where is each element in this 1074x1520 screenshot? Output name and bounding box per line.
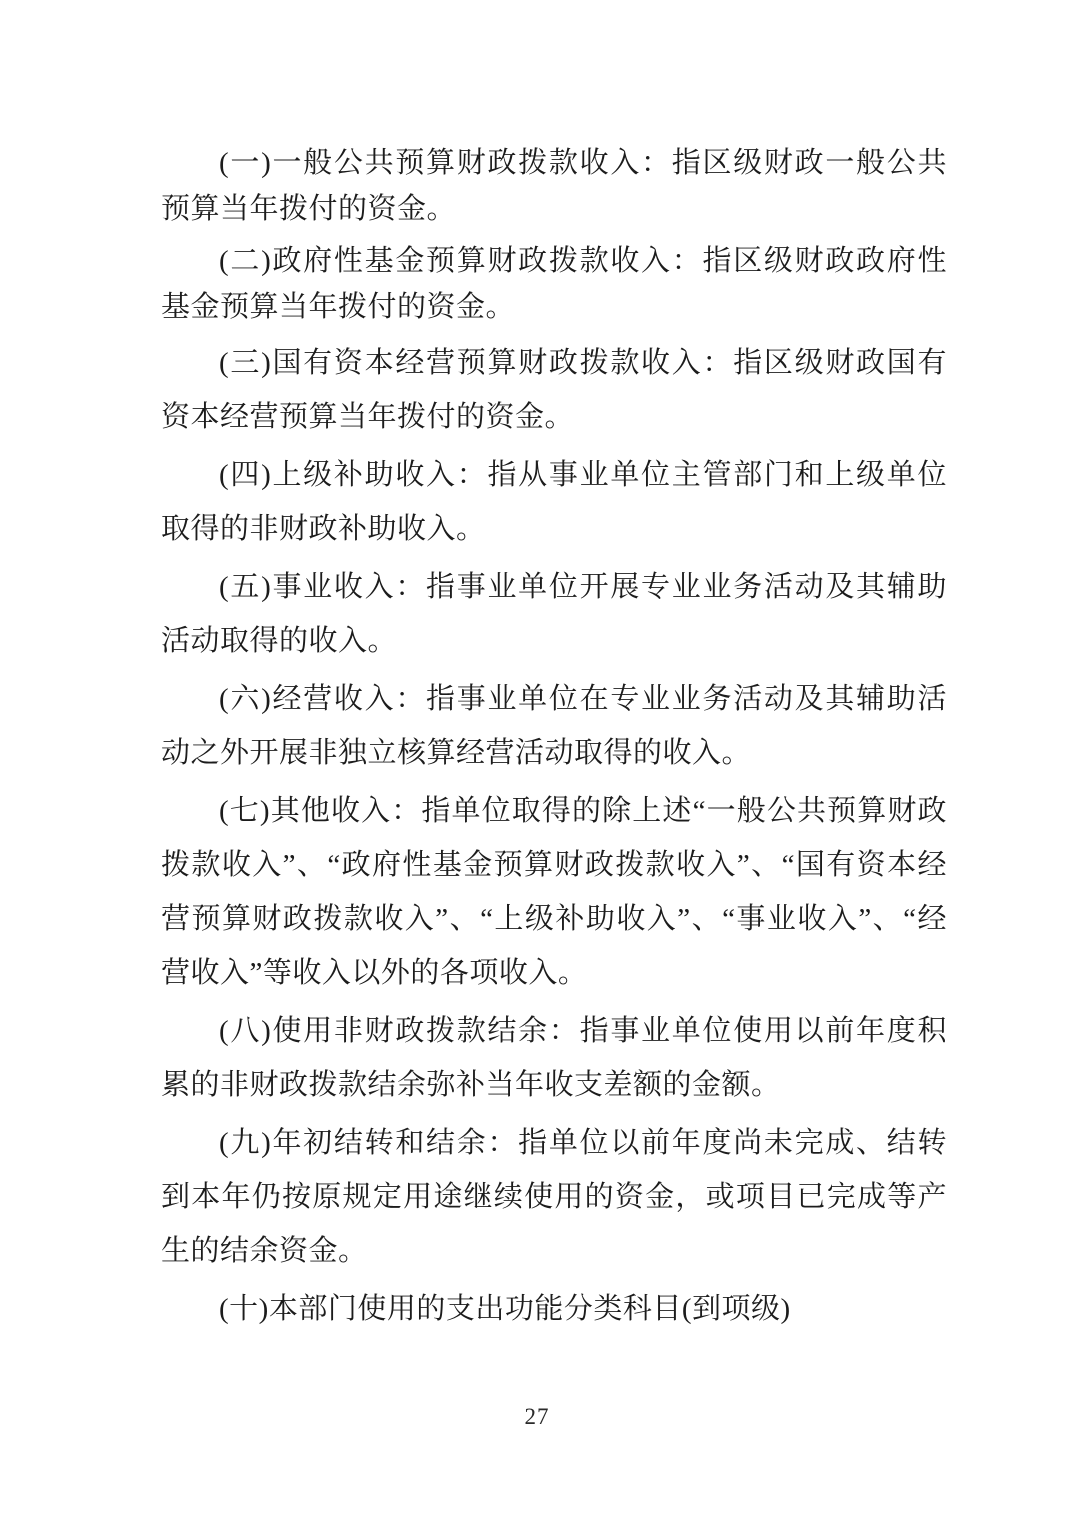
paragraph-item-1: (一)一般公共预算财政拨款收入：指区级财政一般公共预算当年拨付的资金。: [161, 140, 947, 232]
page-number: 27: [0, 1404, 1074, 1430]
paragraph-item-6: (六)经营收入：指事业单位在专业业务活动及其辅助活动之外开展非独立核算经营活动取…: [161, 672, 947, 780]
paragraph-item-2: (二)政府性基金预算财政拨款收入：指区级财政政府性基金预算当年拨付的资金。: [161, 238, 947, 330]
paragraph-item-7: (七)其他收入：指单位取得的除上述“一般公共预算财政拨款收入”、“政府性基金预算…: [161, 784, 947, 1000]
document-body: (一)一般公共预算财政拨款收入：指区级财政一般公共预算当年拨付的资金。 (二)政…: [161, 140, 947, 1340]
document-page: (一)一般公共预算财政拨款收入：指区级财政一般公共预算当年拨付的资金。 (二)政…: [0, 0, 1074, 1520]
paragraph-item-10: (十)本部门使用的支出功能分类科目(到项级): [161, 1282, 947, 1336]
paragraph-item-5: (五)事业收入：指事业单位开展专业业务活动及其辅助活动取得的收入。: [161, 560, 947, 668]
paragraph-item-9: (九)年初结转和结余：指单位以前年度尚未完成、结转到本年仍按原规定用途继续使用的…: [161, 1116, 947, 1278]
paragraph-item-8: (八)使用非财政拨款结余：指事业单位使用以前年度积累的非财政拨款结余弥补当年收支…: [161, 1004, 947, 1112]
paragraph-item-4: (四)上级补助收入：指从事业单位主管部门和上级单位取得的非财政补助收入。: [161, 448, 947, 556]
paragraph-item-3: (三)国有资本经营预算财政拨款收入：指区级财政国有资本经营预算当年拨付的资金。: [161, 336, 947, 444]
